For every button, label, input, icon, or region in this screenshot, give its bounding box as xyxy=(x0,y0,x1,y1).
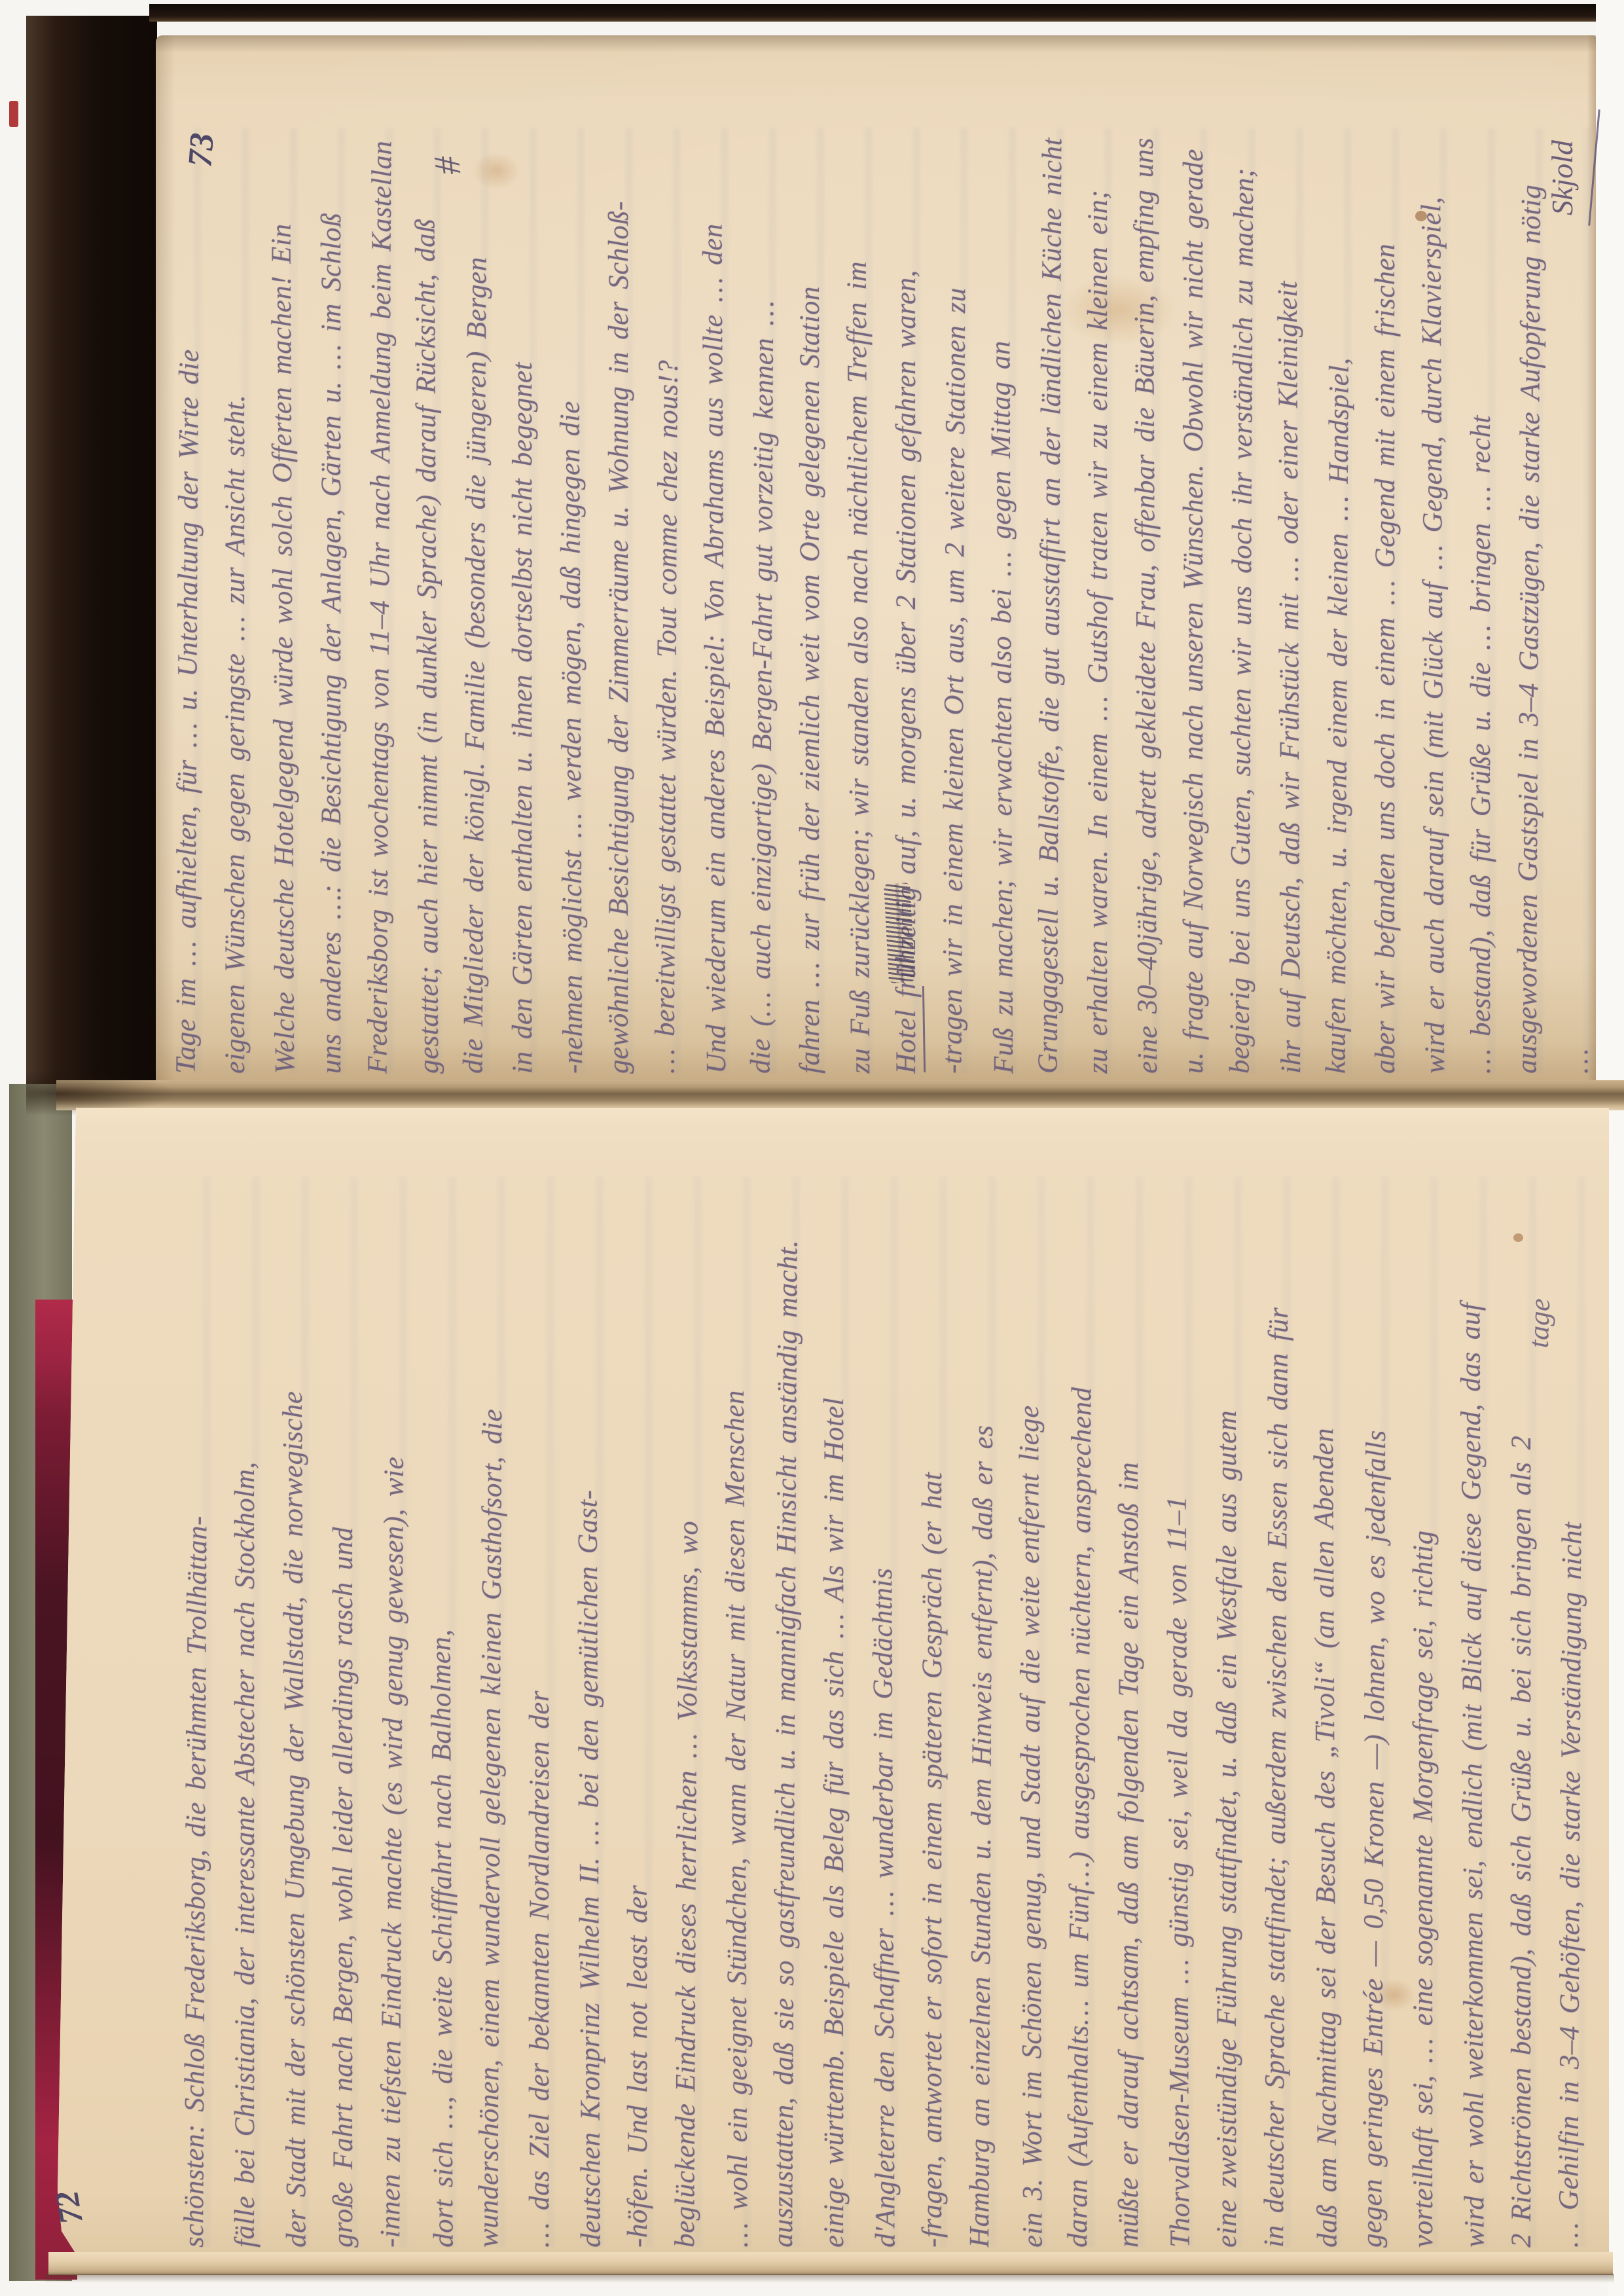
handwriting-line: eigenen Wünschen gegen geringste … zur A… xyxy=(211,128,259,1074)
handwriting-line: … das Ziel der bekannten Nordlandreisen … xyxy=(515,1176,564,2248)
handwriting-line: zu Fuß zurücklegen; wir standen also nac… xyxy=(832,128,884,1074)
handwriting-line: … bereitwilligst gestattet würden. Tout … xyxy=(641,128,693,1074)
strikethrough-scribble xyxy=(884,883,915,983)
handwriting-line: Hamburg an einzelnen Stunden u. dem Hinw… xyxy=(955,1176,1009,2248)
handwriting-line: u. fragte auf Norwegisch nach unseren Wü… xyxy=(1170,128,1218,1074)
handwriting-line: uns anderes …: die Besichtigung der Anla… xyxy=(308,128,355,1074)
handwriting-line: auszustatten, daß sie so gastfreundlich … xyxy=(759,1176,813,2248)
handwriting-line: daß am Nachmittag sei der Besuch des „Ti… xyxy=(1298,1176,1352,2248)
page-73-text: Tage im … aufhielten, für … u. Unterhalt… xyxy=(164,128,1604,1074)
handwriting-line: Tage im … aufhielten, für … u. Unterhalt… xyxy=(164,128,215,1074)
handwriting-line: d'Angleterre den Schaffner … wunderbar i… xyxy=(856,1176,910,2248)
handwriting-line: -nehmen möglichst … werden mögen, daß hi… xyxy=(545,128,596,1074)
handwriting-line: -fragen, antwortet er sofort in einem sp… xyxy=(908,1176,957,2248)
underlined-name: Skjold xyxy=(1545,140,1579,215)
handwriting-line: in deutscher Sprache stattfindet; außerd… xyxy=(1250,1176,1304,2248)
handwriting-line: gewöhnliche Besichtigung der Zimmerräume… xyxy=(595,128,643,1074)
handwriting-line: … bestand), daß für Grüße u. die … bring… xyxy=(1457,128,1505,1074)
handwriting-line: gegen geringes Entrée — 0,50 Kronen —) l… xyxy=(1348,1176,1402,2248)
handwriting-line: zu erhalten waren. In einem … Gutshof tr… xyxy=(1074,128,1122,1074)
page-72-text: schönsten: Schloß Frederiksborg, die ber… xyxy=(171,1176,1597,2248)
handwriting-line: deutschen Kronprinz Wilhelm II. … bei de… xyxy=(562,1176,615,2248)
handwriting-line: aber wir befanden uns doch in einem … Ge… xyxy=(1362,128,1409,1074)
scanned-diary-spread: Tage im … aufhielten, für … u. Unterhalt… xyxy=(0,0,1624,2296)
handwriting-line: Frederiksborg ist wochentags von 11–4 Uh… xyxy=(353,128,406,1074)
handwriting-line: gestattet; auch hier nimmt (in dunkler S… xyxy=(401,128,453,1074)
handwriting-line: fahren … zur früh der ziemlich weit vom … xyxy=(786,128,834,1074)
handwriting-line: der Stadt mit der schönsten Umgebung der… xyxy=(267,1176,321,2248)
handwriting-line: ausgewordenen Gastspiel in 3–4 Gastzügen… xyxy=(1504,128,1556,1074)
handwriting-line: eine zweistündige Führung stattfindet, u… xyxy=(1202,1176,1252,2248)
handwriting-line: Thorvaldsen-Museum … günstig sei, weil d… xyxy=(1151,1176,1204,2248)
handwriting-line: wird er wohl weiterkommen sei, endlich (… xyxy=(1445,1176,1499,2248)
handwriting-line: begierig bei uns Guten, suchten wir uns … xyxy=(1216,128,1269,1074)
catchword: tage xyxy=(1522,1298,1557,1348)
handwriting-line: ihr auf Deutsch, daß wir Frühstück mit …… xyxy=(1263,128,1315,1074)
handwriting-line: müßte er darauf achtsam, daß am folgende… xyxy=(1104,1176,1153,2248)
handwriting-line: die Mitglieder der königl. Familie (beso… xyxy=(450,128,502,1074)
handwriting-line: … xyxy=(1551,128,1602,1074)
handwriting-line: ein 3. Wort im Schönen genug, und Stadt … xyxy=(1003,1176,1057,2248)
handwriting-line: wunderschönen, einem wundervoll gelegene… xyxy=(464,1176,518,2248)
handwriting-line: Grungagestell u. Ballstoffe, die gut aus… xyxy=(1024,128,1077,1074)
handwriting-line: daran (Aufenthalts… um Fünf…) ausgesproc… xyxy=(1053,1176,1108,2248)
handwriting-line: -tragen wir in einem kleinen Ort aus, um… xyxy=(928,128,981,1074)
handwriting-line: große Fahrt nach Bergen, wohl leider all… xyxy=(319,1176,368,2248)
handwriting-line: die (… auch einzigartige) Bergen-Fahrt g… xyxy=(737,128,789,1074)
handwriting-line: beglückende Eindruck dieses herrlichen …… xyxy=(660,1176,715,2248)
handwriting-line: -innen zu tiefsten Eindruck machte (es w… xyxy=(366,1176,420,2248)
handwriting-line: fälle bei Christiania, der interessante … xyxy=(221,1176,270,2248)
handwriting-line: einige württemb. Beispiele als Beleg für… xyxy=(810,1176,859,2248)
page-number-73: 73 xyxy=(181,132,221,168)
handwriting-line: dort sich …, die weite Schifffahrt nach … xyxy=(414,1176,468,2248)
handwriting-line: Welche deutsche Hotelgegend würde wohl s… xyxy=(257,128,309,1074)
handwriting-line: … wohl ein geeignet Stündchen, wann der … xyxy=(709,1176,763,2248)
handwriting-line: in den Gärten enthalten u. ihnen dortsel… xyxy=(499,128,547,1074)
handwriting-line: schönsten: Schloß Frederiksborg, die ber… xyxy=(171,1176,224,2248)
rotated-text-plane: Tage im … aufhielten, für … u. Unterhalt… xyxy=(0,0,1624,2296)
handwriting-line: kaufen möchten, u. irgend einem der klei… xyxy=(1312,128,1364,1074)
handwriting-line: eine 30–40jährige, adrett gekleidete Fra… xyxy=(1120,128,1172,1074)
page-number-72: 72 xyxy=(47,2188,90,2227)
handwriting-line: Fuß zu machen; wir erwachten also bei … … xyxy=(976,128,1028,1074)
handwriting-line: wird er auch darauf sein (mit Glück auf … xyxy=(1407,128,1459,1074)
handwriting-line: -höfen. Und last not least der xyxy=(613,1176,662,2248)
handwriting-line: vorteilhaft sei, … eine sogenannte Morge… xyxy=(1399,1176,1448,2248)
handwriting-line: Und wiederum ein anderes Beispiel: Von A… xyxy=(689,128,740,1074)
